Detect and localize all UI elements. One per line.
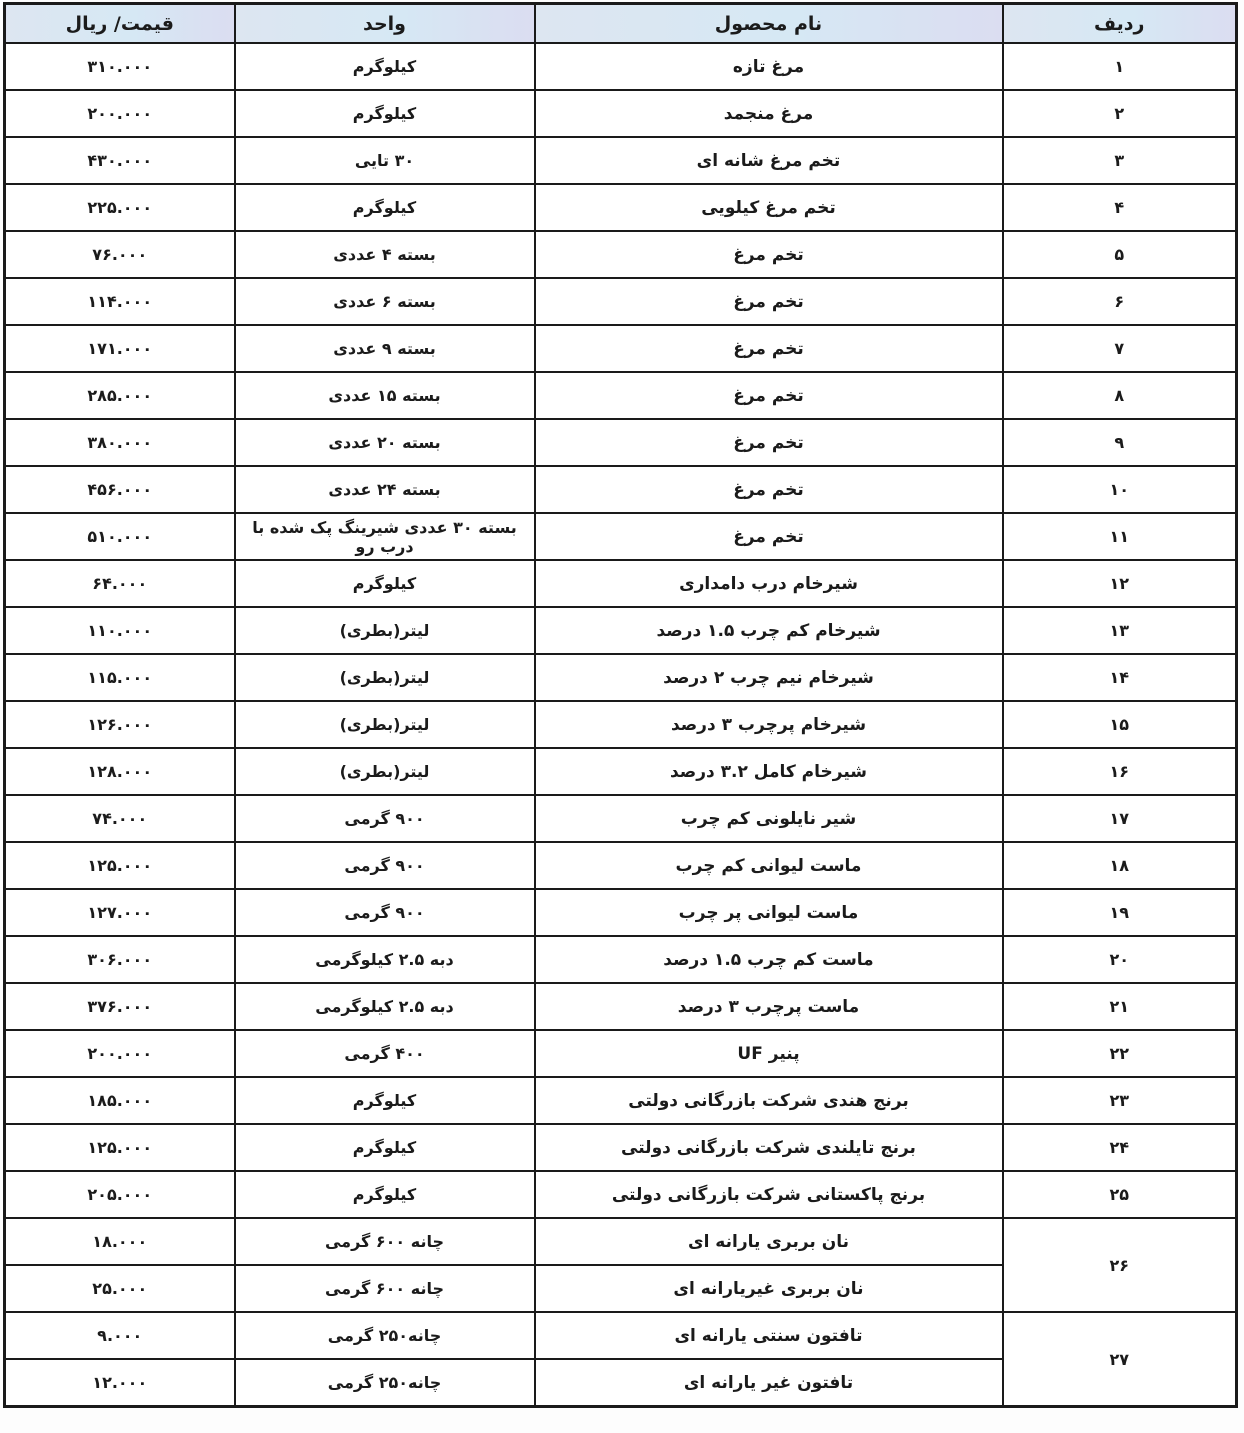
price-cell: ۴۵۶.۰۰۰ [5,466,235,513]
product-name-cell: نان بربری غیریارانه ای [535,1265,1003,1312]
table-row: ۸تخم مرغبسته ۱۵ عددی۲۸۵.۰۰۰ [5,372,1237,419]
unit-cell: بسته ۱۵ عددی [235,372,535,419]
unit-cell: چانه۲۵۰ گرمی [235,1359,535,1407]
price-cell: ۲۸۵.۰۰۰ [5,372,235,419]
product-name-cell: پنیر UF [535,1030,1003,1077]
table-row: ۴تخم مرغ کیلوییکیلوگرم۲۲۵.۰۰۰ [5,184,1237,231]
table-row: ۱۹ماست لیوانی پر چرب۹۰۰ گرمی۱۲۷.۰۰۰ [5,889,1237,936]
product-name-cell: شیرخام کامل ۳.۲ درصد [535,748,1003,795]
price-cell: ۱۲۵.۰۰۰ [5,1124,235,1171]
price-cell: ۱۲۸.۰۰۰ [5,748,235,795]
header-product-name: نام محصول [535,4,1003,44]
row-number-cell: ۱ [1003,43,1237,90]
price-cell: ۳۷۶.۰۰۰ [5,983,235,1030]
price-cell: ۲۰۰.۰۰۰ [5,90,235,137]
product-name-cell: شیرخام نیم چرب ۲ درصد [535,654,1003,701]
table-row: ۵تخم مرغبسته ۴ عددی۷۶.۰۰۰ [5,231,1237,278]
table-row: ۲۷تافتون سنتی یارانه ایچانه۲۵۰ گرمی۹.۰۰۰ [5,1312,1237,1359]
table-row: ۱۳شیرخام کم چرب ۱.۵ درصدلیتر(بطری)۱۱۰.۰۰… [5,607,1237,654]
price-cell: ۴۳۰.۰۰۰ [5,137,235,184]
product-name-cell: شیرخام کم چرب ۱.۵ درصد [535,607,1003,654]
price-cell: ۷۴.۰۰۰ [5,795,235,842]
unit-cell: لیتر(بطری) [235,654,535,701]
row-number-cell: ۱۵ [1003,701,1237,748]
unit-cell: چانه۲۵۰ گرمی [235,1312,535,1359]
row-number-cell: ۲۲ [1003,1030,1237,1077]
unit-cell: لیتر(بطری) [235,607,535,654]
table-row: ۱۴شیرخام نیم چرب ۲ درصدلیتر(بطری)۱۱۵.۰۰۰ [5,654,1237,701]
unit-cell: کیلوگرم [235,1171,535,1218]
unit-cell: بسته ۴ عددی [235,231,535,278]
price-cell: ۱۷۱.۰۰۰ [5,325,235,372]
product-name-cell: مرغ تازه [535,43,1003,90]
product-name-cell: ماست پرچرب ۳ درصد [535,983,1003,1030]
price-cell: ۱۱۰.۰۰۰ [5,607,235,654]
table-row: ۲۴برنج تایلندی شرکت بازرگانی دولتیکیلوگر… [5,1124,1237,1171]
header-row-number: ردیف [1003,4,1237,44]
table-row: ۱۸ماست لیوانی کم چرب۹۰۰ گرمی۱۲۵.۰۰۰ [5,842,1237,889]
unit-cell: ۴۰۰ گرمی [235,1030,535,1077]
product-name-cell: تخم مرغ [535,231,1003,278]
product-name-cell: تافتون غیر یارانه ای [535,1359,1003,1407]
table-row: ۱۵شیرخام پرچرب ۳ درصدلیتر(بطری)۱۲۶.۰۰۰ [5,701,1237,748]
row-number-cell: ۵ [1003,231,1237,278]
product-name-cell: شیر نایلونی کم چرب [535,795,1003,842]
row-number-cell: ۱۱ [1003,513,1237,560]
row-number-cell: ۱۶ [1003,748,1237,795]
unit-cell: کیلوگرم [235,43,535,90]
table-row: ۲۲پنیر UF۴۰۰ گرمی۲۰۰.۰۰۰ [5,1030,1237,1077]
table-row: ۱۲شیرخام درب دامداریکیلوگرم۶۴.۰۰۰ [5,560,1237,607]
header-price-rial: قیمت/ ریال [5,4,235,44]
scanned-price-list-page: ردیف نام محصول واحد قیمت/ ریال ۱مرغ تازه… [0,0,1244,1433]
price-cell: ۷۶.۰۰۰ [5,231,235,278]
row-number-cell: ۱۴ [1003,654,1237,701]
price-cell: ۲۵.۰۰۰ [5,1265,235,1312]
price-cell: ۵۱۰.۰۰۰ [5,513,235,560]
product-name-cell: تخم مرغ شانه ای [535,137,1003,184]
table-row: ۲۶نان بربری یارانه ایچانه ۶۰۰ گرمی۱۸.۰۰۰ [5,1218,1237,1265]
unit-cell: ۹۰۰ گرمی [235,889,535,936]
price-cell: ۱۲۵.۰۰۰ [5,842,235,889]
unit-cell: لیتر(بطری) [235,748,535,795]
product-name-cell: برنج هندی شرکت بازرگانی دولتی [535,1077,1003,1124]
product-name-cell: تخم مرغ [535,278,1003,325]
product-name-cell: ماست لیوانی پر چرب [535,889,1003,936]
unit-cell: بسته ۹ عددی [235,325,535,372]
unit-cell: بسته ۲۰ عددی [235,419,535,466]
price-cell: ۳۱۰.۰۰۰ [5,43,235,90]
product-name-cell: تخم مرغ [535,325,1003,372]
product-name-cell: شیرخام پرچرب ۳ درصد [535,701,1003,748]
row-number-cell: ۲ [1003,90,1237,137]
unit-cell: چانه ۶۰۰ گرمی [235,1218,535,1265]
row-number-cell: ۷ [1003,325,1237,372]
product-name-cell: تخم مرغ [535,466,1003,513]
price-cell: ۱۱۵.۰۰۰ [5,654,235,701]
unit-cell: بسته ۳۰ عددی شیرینگ پک شده با درب رو [235,513,535,560]
row-number-cell: ۲۴ [1003,1124,1237,1171]
table-row: ۷تخم مرغبسته ۹ عددی۱۷۱.۰۰۰ [5,325,1237,372]
unit-cell: دبه ۲.۵ کیلوگرمی [235,936,535,983]
price-table-body: ۱مرغ تازهکیلوگرم۳۱۰.۰۰۰۲مرغ منجمدکیلوگرم… [5,43,1237,1407]
row-number-cell: ۴ [1003,184,1237,231]
unit-cell: ۳۰ تایی [235,137,535,184]
row-number-cell: ۱۹ [1003,889,1237,936]
product-name-cell: تخم مرغ کیلویی [535,184,1003,231]
table-row: ۳تخم مرغ شانه ای۳۰ تایی۴۳۰.۰۰۰ [5,137,1237,184]
price-cell: ۶۴.۰۰۰ [5,560,235,607]
product-name-cell: برنج تایلندی شرکت بازرگانی دولتی [535,1124,1003,1171]
table-row: ۱مرغ تازهکیلوگرم۳۱۰.۰۰۰ [5,43,1237,90]
row-number-cell: ۱۲ [1003,560,1237,607]
table-row: ۲۰ماست کم چرب ۱.۵ درصددبه ۲.۵ کیلوگرمی۳۰… [5,936,1237,983]
product-name-cell: تخم مرغ [535,372,1003,419]
price-cell: ۳۸۰.۰۰۰ [5,419,235,466]
table-row: ۱۶شیرخام کامل ۳.۲ درصدلیتر(بطری)۱۲۸.۰۰۰ [5,748,1237,795]
table-row: ۲۵برنج پاکستانی شرکت بازرگانی دولتیکیلوگ… [5,1171,1237,1218]
row-number-cell: ۱۳ [1003,607,1237,654]
unit-cell: ۹۰۰ گرمی [235,795,535,842]
row-number-cell: ۲۱ [1003,983,1237,1030]
price-cell: ۲۰۰.۰۰۰ [5,1030,235,1077]
row-number-cell: ۲۶ [1003,1218,1237,1312]
table-row: ۶تخم مرغبسته ۶ عددی۱۱۴.۰۰۰ [5,278,1237,325]
price-cell: ۱۲.۰۰۰ [5,1359,235,1407]
product-name-cell: شیرخام درب دامداری [535,560,1003,607]
unit-cell: لیتر(بطری) [235,701,535,748]
header-unit: واحد [235,4,535,44]
row-number-cell: ۲۵ [1003,1171,1237,1218]
product-name-cell: ماست کم چرب ۱.۵ درصد [535,936,1003,983]
product-name-cell: مرغ منجمد [535,90,1003,137]
price-cell: ۲۲۵.۰۰۰ [5,184,235,231]
price-table-header: ردیف نام محصول واحد قیمت/ ریال [5,4,1237,44]
price-table: ردیف نام محصول واحد قیمت/ ریال ۱مرغ تازه… [3,2,1238,1408]
price-cell: ۱۸.۰۰۰ [5,1218,235,1265]
price-cell: ۱۸۵.۰۰۰ [5,1077,235,1124]
row-number-cell: ۹ [1003,419,1237,466]
row-number-cell: ۶ [1003,278,1237,325]
table-row: ۲۱ماست پرچرب ۳ درصددبه ۲.۵ کیلوگرمی۳۷۶.۰… [5,983,1237,1030]
row-number-cell: ۱۸ [1003,842,1237,889]
row-number-cell: ۳ [1003,137,1237,184]
price-cell: ۳۰۶.۰۰۰ [5,936,235,983]
unit-cell: دبه ۲.۵ کیلوگرمی [235,983,535,1030]
product-name-cell: نان بربری یارانه ای [535,1218,1003,1265]
unit-cell: کیلوگرم [235,1077,535,1124]
row-number-cell: ۸ [1003,372,1237,419]
table-row: ۱۱تخم مرغبسته ۳۰ عددی شیرینگ پک شده با د… [5,513,1237,560]
unit-cell: بسته ۶ عددی [235,278,535,325]
table-row: ۹تخم مرغبسته ۲۰ عددی۳۸۰.۰۰۰ [5,419,1237,466]
table-row: ۱۷شیر نایلونی کم چرب۹۰۰ گرمی۷۴.۰۰۰ [5,795,1237,842]
unit-cell: چانه ۶۰۰ گرمی [235,1265,535,1312]
row-number-cell: ۲۳ [1003,1077,1237,1124]
unit-cell: کیلوگرم [235,184,535,231]
table-row: ۲مرغ منجمدکیلوگرم۲۰۰.۰۰۰ [5,90,1237,137]
header-row: ردیف نام محصول واحد قیمت/ ریال [5,4,1237,44]
price-cell: ۱۲۶.۰۰۰ [5,701,235,748]
unit-cell: کیلوگرم [235,1124,535,1171]
product-name-cell: ماست لیوانی کم چرب [535,842,1003,889]
price-cell: ۲۰۵.۰۰۰ [5,1171,235,1218]
table-row: ۲۳برنج هندی شرکت بازرگانی دولتیکیلوگرم۱۸… [5,1077,1237,1124]
price-cell: ۹.۰۰۰ [5,1312,235,1359]
row-number-cell: ۱۰ [1003,466,1237,513]
row-number-cell: ۱۷ [1003,795,1237,842]
product-name-cell: تخم مرغ [535,513,1003,560]
row-number-cell: ۲۷ [1003,1312,1237,1407]
product-name-cell: تافتون سنتی یارانه ای [535,1312,1003,1359]
price-cell: ۱۱۴.۰۰۰ [5,278,235,325]
product-name-cell: برنج پاکستانی شرکت بازرگانی دولتی [535,1171,1003,1218]
unit-cell: بسته ۲۴ عددی [235,466,535,513]
row-number-cell: ۲۰ [1003,936,1237,983]
price-cell: ۱۲۷.۰۰۰ [5,889,235,936]
table-row: ۱۰تخم مرغبسته ۲۴ عددی۴۵۶.۰۰۰ [5,466,1237,513]
unit-cell: ۹۰۰ گرمی [235,842,535,889]
unit-cell: کیلوگرم [235,560,535,607]
product-name-cell: تخم مرغ [535,419,1003,466]
unit-cell: کیلوگرم [235,90,535,137]
